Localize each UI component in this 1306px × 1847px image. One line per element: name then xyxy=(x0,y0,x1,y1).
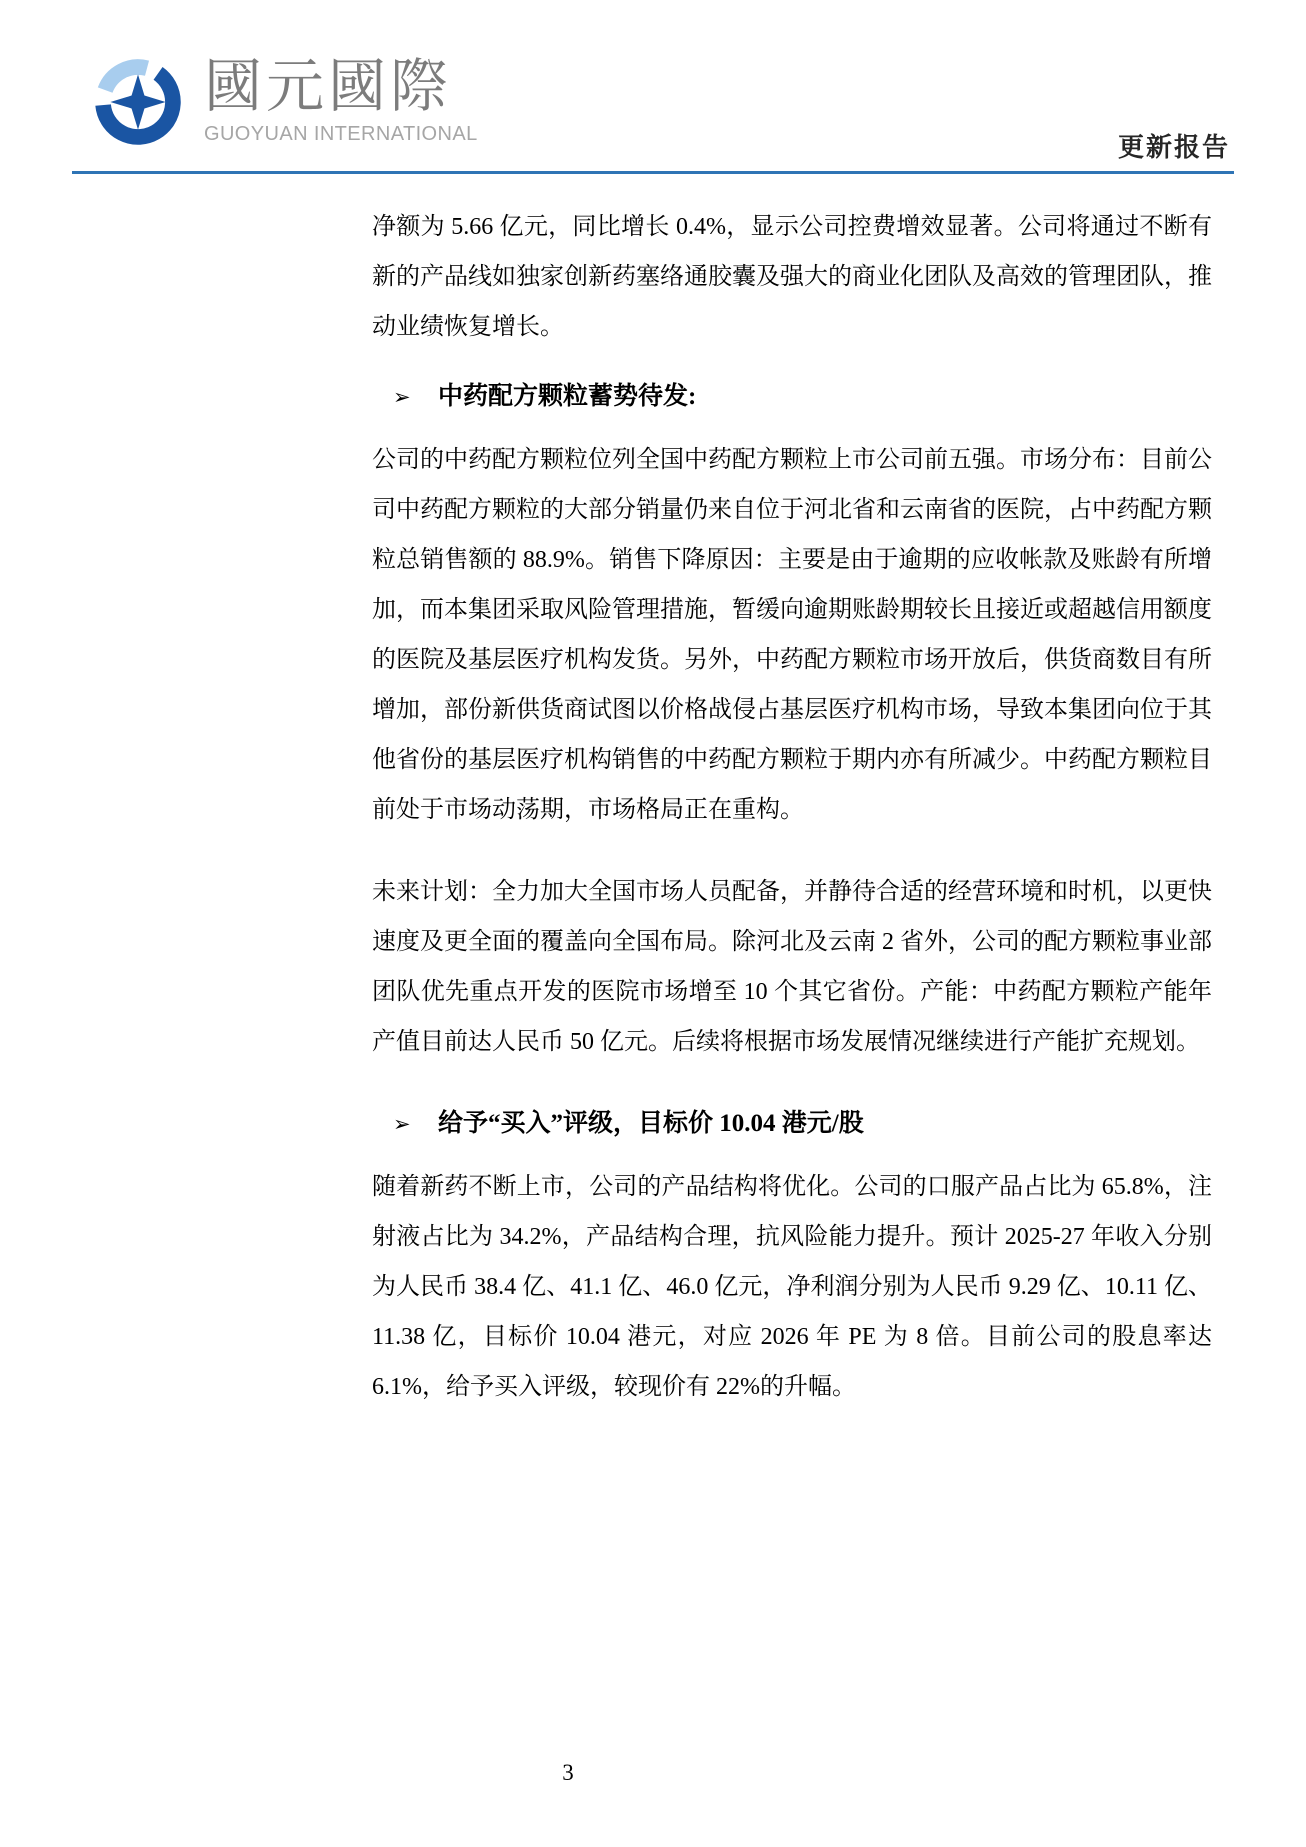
company-logo: 國元國際 GUOYUAN INTERNATIONAL xyxy=(92,56,478,148)
report-body: 净额为 5.66 亿元，同比增长 0.4%，显示公司控费增效显著。公司将通过不断… xyxy=(372,202,1212,1412)
section-heading-rating-text: 给予“买入”评级，目标价 10.04 港元/股 xyxy=(438,1099,864,1149)
section-heading-granules: ➢ 中药配方颗粒蓄势待发: xyxy=(372,372,1212,422)
bullet-arrow-icon: ➢ xyxy=(393,372,438,422)
paragraph-net-profit: 净额为 5.66 亿元，同比增长 0.4%，显示公司控费增效显著。公司将通过不断… xyxy=(372,202,1212,352)
logo-text: 國元國際 GUOYUAN INTERNATIONAL xyxy=(204,56,478,145)
page-number: 3 xyxy=(548,1760,588,1786)
brand-name-chinese: 國元國際 xyxy=(204,56,478,118)
section-heading-granules-text: 中药配方颗粒蓄势待发: xyxy=(438,372,696,422)
brand-name-english: GUOYUAN INTERNATIONAL xyxy=(204,123,478,145)
paragraph-valuation: 随着新药不断上市，公司的产品结构将优化。公司的口服产品占比为 65.8%，注射液… xyxy=(372,1162,1212,1412)
guoyuan-logo-icon xyxy=(92,56,184,148)
header-divider xyxy=(72,171,1234,174)
section-heading-rating: ➢ 给予“买入”评级，目标价 10.04 港元/股 xyxy=(372,1099,1212,1149)
bullet-arrow-icon: ➢ xyxy=(393,1099,438,1149)
paragraph-granules-market: 公司的中药配方颗粒位列全国中药配方颗粒上市公司前五强。市场分布：目前公司中药配方… xyxy=(372,435,1212,835)
paragraph-future-plan: 未来计划：全力加大全国市场人员配备，并静待合适的经营环境和时机，以更快速度及更全… xyxy=(372,867,1212,1067)
report-page: 國元國際 GUOYUAN INTERNATIONAL 更新报告 净额为 5.66… xyxy=(0,0,1306,1847)
report-type-label: 更新报告 xyxy=(1118,127,1230,164)
